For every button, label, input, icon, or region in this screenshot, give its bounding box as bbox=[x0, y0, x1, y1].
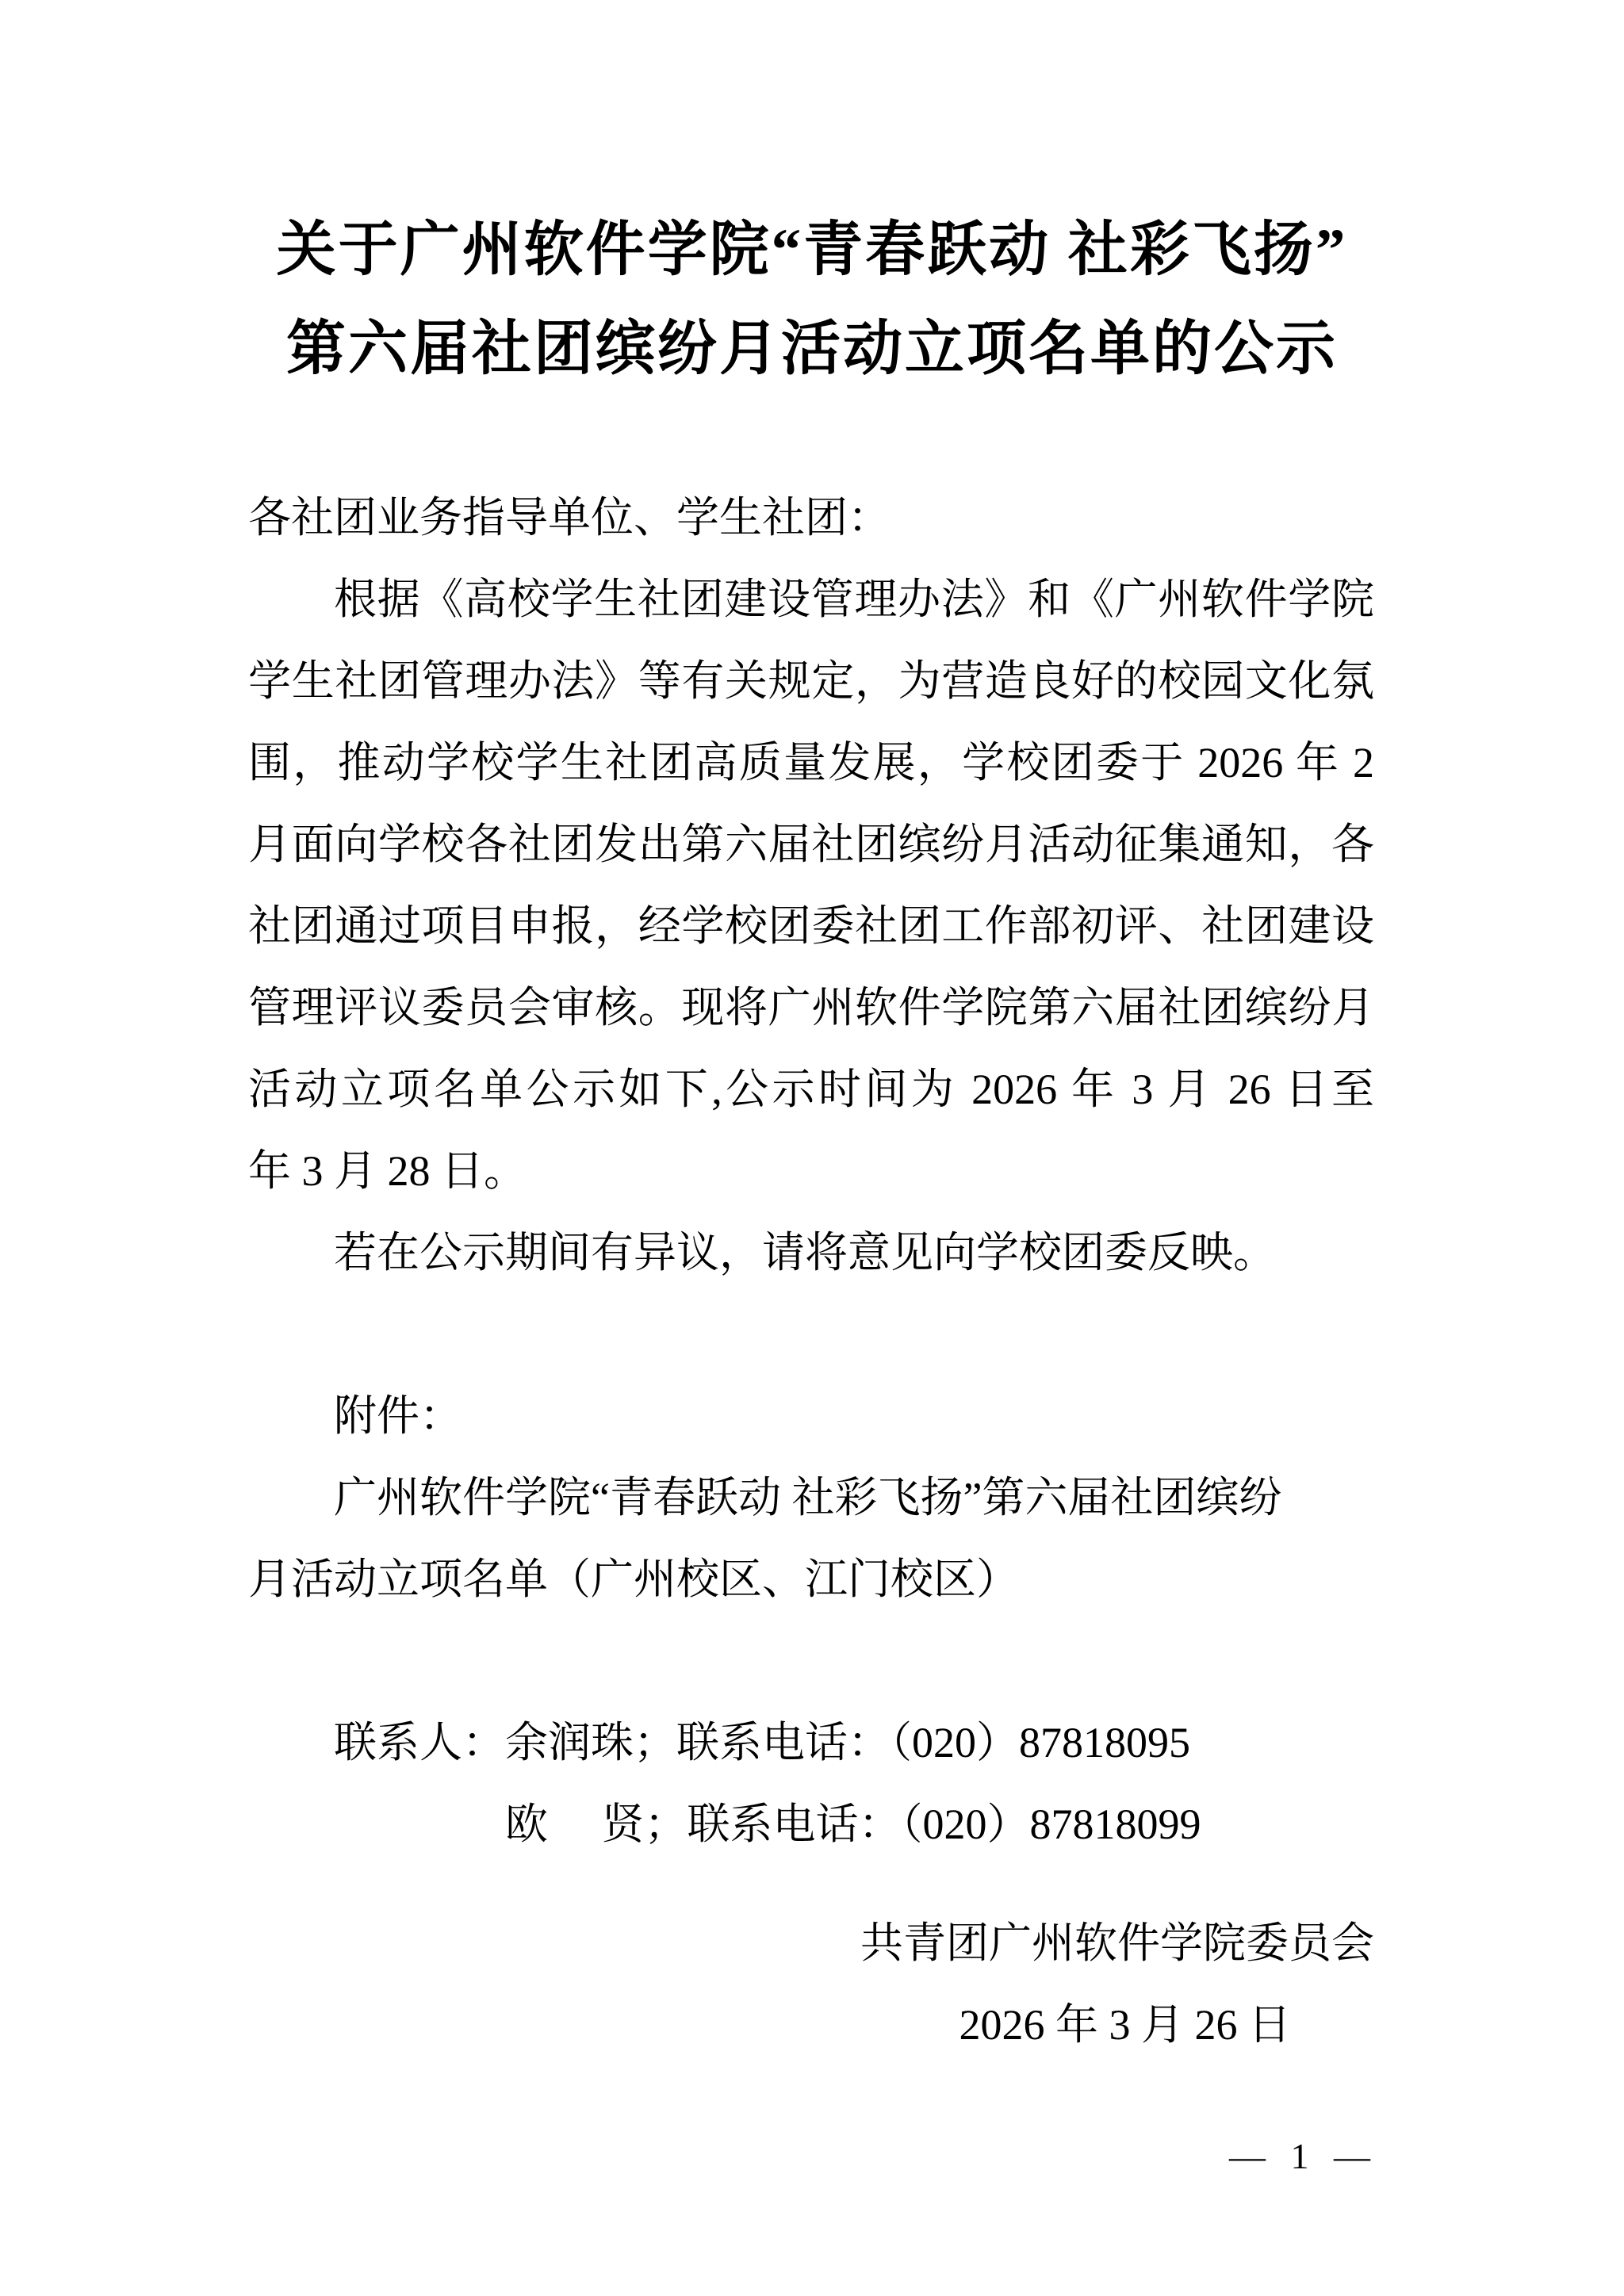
body-line: 围，推动学校学生社团高质量发展，学校团委于 2026 年 2 bbox=[248, 722, 1374, 804]
notice-title-line-2: 第六届社团缤纷月活动立项名单的公示 bbox=[0, 300, 1624, 399]
signature-section: 共青团广州软件学院委员会 2026 年 3 月 26 日 bbox=[248, 1903, 1374, 2066]
attachment-line: 月活动立项名单（广州校区、江门校区） bbox=[248, 1539, 1374, 1621]
signature-org: 共青团广州软件学院委员会 bbox=[248, 1903, 1374, 1984]
attachment-label: 附件： bbox=[248, 1376, 1374, 1457]
attachment-section: 附件： 广州软件学院“青春跃动 社彩飞扬”第六届社团缤纷 月活动立项名单（广州校… bbox=[248, 1376, 1374, 1621]
notice-title-line-1: 关于广州软件学院“青春跃动 社彩飞扬” bbox=[0, 201, 1624, 300]
attachment-line: 广州软件学院“青春跃动 社彩飞扬”第六届社团缤纷 bbox=[248, 1457, 1374, 1539]
contact-line-2: 欧 贤；联系电话：（020）87818099 bbox=[248, 1784, 1374, 1865]
body-line: 若在公示期间有异议，请将意见向学校团委反映。 bbox=[248, 1212, 1374, 1294]
body-line: 根据《高校学生社团建设管理办法》和《广州软件学院 bbox=[248, 559, 1374, 641]
page-number: — 1 — bbox=[1229, 2136, 1378, 2176]
notice-title: 关于广州软件学院“青春跃动 社彩飞扬” 第六届社团缤纷月活动立项名单的公示 bbox=[0, 201, 1624, 399]
body-line: 学生社团管理办法》等有关规定，为营造良好的校园文化氛 bbox=[248, 641, 1374, 722]
contact-section: 联系人：余润珠；联系电话：（020）87818095 欧 贤；联系电话：（020… bbox=[248, 1702, 1374, 1865]
body-line: 月面向学校各社团发出第六届社团缤纷月活动征集通知，各 bbox=[248, 804, 1374, 886]
body-line: 社团通过项目申报，经学校团委社团工作部初评、社团建设 bbox=[248, 886, 1374, 967]
body-line: 活动立项名单公示如下,公示时间为 2026 年 3 月 26 日至 2025 bbox=[248, 1049, 1374, 1131]
notice-body: 各社团业务指导单位、学生社团： 根据《高校学生社团建设管理办法》和《广州软件学院… bbox=[248, 477, 1374, 1294]
salutation-line: 各社团业务指导单位、学生社团： bbox=[248, 477, 1374, 559]
page-footer: — 1 — bbox=[248, 2133, 1378, 2180]
contact-line-1: 联系人：余润珠；联系电话：（020）87818095 bbox=[248, 1702, 1374, 1784]
body-line: 管理评议委员会审核。现将广州软件学院第六届社团缤纷月 bbox=[248, 967, 1374, 1049]
body-line: 年 3 月 28 日。 bbox=[248, 1131, 1374, 1212]
signature-date: 2026 年 3 月 26 日 bbox=[248, 1984, 1374, 2066]
document-page: 关于广州软件学院“青春跃动 社彩飞扬” 第六届社团缤纷月活动立项名单的公示 各社… bbox=[0, 0, 1624, 2296]
